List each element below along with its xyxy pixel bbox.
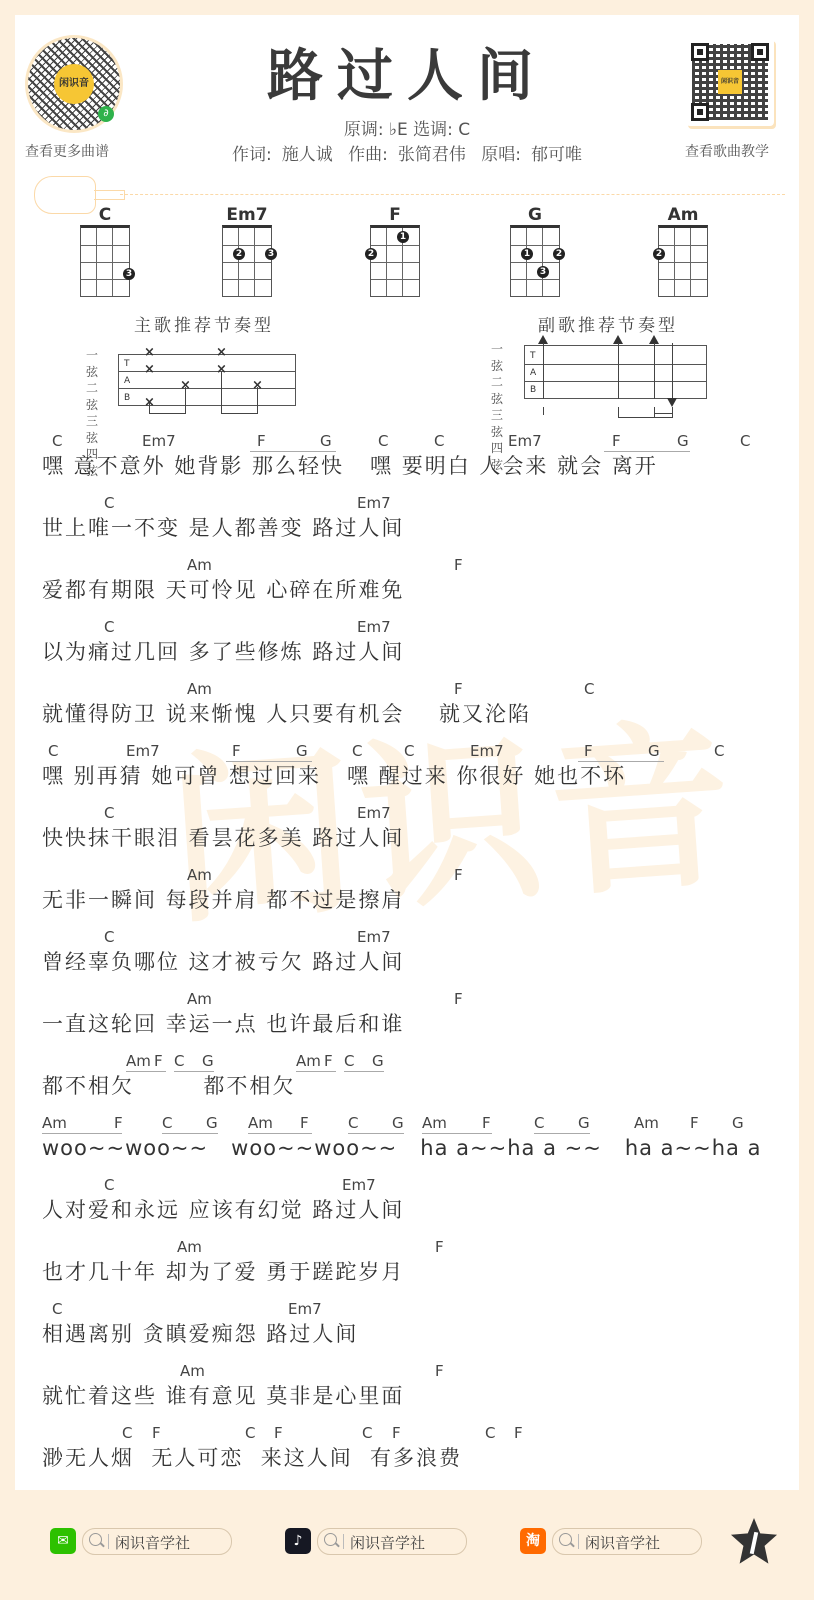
chord-label: Am [177,1238,202,1256]
chord-label: Em7 [142,432,176,450]
strum-down-arrow-icon [667,398,677,407]
chord-label: F [324,1052,333,1070]
lyric-line: AmF爱都有期限 天可怜见 心碎在所难免 [42,556,802,618]
lyric-text: 一直这轮回 幸运一点 也许最后和谁 [42,1010,802,1038]
chord-row: CEm7 [42,804,802,824]
chord-label: G [202,1052,214,1070]
chord-label: Am [187,556,212,574]
qr-logo: 闲识音 [718,70,742,94]
chord-label: G [392,1114,404,1132]
ukulele-neck-icon [94,190,125,200]
finger-dot: 1 [397,231,409,243]
lyric-text: 快快抹干眼泪 看昙花多美 路过人间 [42,824,802,852]
chord-label: C [404,742,414,760]
strum-line [654,343,655,399]
lyric-line: AmF无非一瞬间 每段并肩 都不过是擦肩 [42,866,802,928]
chord-label: C [714,742,724,760]
chord-label: G [320,432,332,450]
chord-label: Em7 [357,928,391,946]
lyric-text: woo~~woo~~ woo~~woo~~ ha a~~ha a ~~ ha a… [42,1134,802,1162]
chord-label: C [174,1052,184,1070]
beam-stem [672,407,673,417]
chord-label: Em7 [357,494,391,512]
chord-label: G [296,742,308,760]
beam-stem [654,407,655,417]
search-pill[interactable]: 闲识音学社 [552,1528,702,1555]
chord-row: AmF [42,556,802,576]
chord-label: G [732,1114,744,1132]
lyric-line: CEm7FGCCEm7FGC嘿 别再猜 她可曾 想过回来 嘿 醒过来 你很好 她… [42,742,802,804]
lyric-text: 无非一瞬间 每段并肩 都不过是擦肩 [42,886,802,914]
chord-label: F [454,556,463,574]
chord-group-underline [578,761,664,762]
strum-line [672,343,673,399]
chord-label: C [362,1424,372,1442]
lyric-text: 嘿 意不意外 她背影 那么轻快 嘿 要明白 人会来 就会 离开 [42,452,802,480]
tab-letter: B [124,393,130,403]
chord-label: F [274,1424,283,1442]
beam-stem [149,403,150,413]
lyric-text: 都不相欠 都不相欠 [42,1072,802,1100]
string-label: 二弦 [491,374,503,407]
beam-stem [257,387,258,413]
finger-dot: 3 [265,248,277,260]
chord-label: C [104,928,114,946]
chord-label: Am [634,1114,659,1132]
chord-label: Am [187,990,212,1008]
search-pill[interactable]: 闲识音学社 [82,1528,232,1555]
lyric-line: CEm7快快抹干眼泪 看昙花多美 路过人间 [42,804,802,866]
lyric-line: CEm7人对爱和永远 应该有幻觉 路过人间 [42,1176,802,1238]
chord-label: C [122,1424,132,1442]
beam [618,417,673,418]
chord-group-underline [226,761,312,762]
chord-group-underline [296,1071,336,1072]
chord-label: C [352,742,362,760]
chord-label: G [648,742,660,760]
search-text: 闲识音学社 [585,1532,660,1553]
chord-label: Am [180,1362,205,1380]
chord-diagram-f: F 1 2 [370,205,420,297]
pluck-mark: × [144,363,155,376]
chord-label: C [52,1300,62,1318]
fretboard: 2 3 [222,225,272,297]
lyric-text: 爱都有期限 天可怜见 心碎在所难免 [42,576,802,604]
chord-label: C [48,742,58,760]
chord-row: CEm7FGCCEm7FGC [42,742,802,762]
tab-letter: T [124,359,130,369]
chord-row: AmFCGAmFCGAmFCGAmFG [42,1114,802,1134]
singer-label: 原唱: [481,145,521,165]
tab-staff: T A B [524,345,707,399]
chord-label: C [378,432,388,450]
lyric-text: 人对爱和永远 应该有幻觉 路过人间 [42,1196,802,1224]
chord-label: C [584,680,594,698]
chord-label: Em7 [288,1300,322,1318]
chord-group-underline [604,451,690,452]
chord-row: CEm7FGCCEm7FGC [42,432,802,452]
separator [108,1534,109,1549]
chord-row: CEm7 [42,1176,802,1196]
divider [120,194,785,195]
finger-dot: 1 [521,248,533,260]
string-label: 一弦 [86,347,98,380]
chord-label: G [677,432,689,450]
chord-label: F [257,432,266,450]
search-text: 闲识音学社 [115,1532,190,1553]
brand-star-icon [730,1518,778,1566]
chord-label: C [104,804,114,822]
chord-row: AmF [42,1238,802,1258]
douyin-icon: ♪ [285,1528,311,1554]
chord-diagram-c: C 3 [80,205,130,297]
string-label: 二弦 [86,380,98,413]
fretboard: 1 2 [370,225,420,297]
strum-line [618,343,619,399]
lyric-line: AmFCGAmFCG都不相欠 都不相欠 [42,1052,802,1114]
chord-group-underline [250,451,336,452]
lyric-line: CEm7以为痛过几回 多了些修炼 路过人间 [42,618,802,680]
chord-label: Am [422,1114,447,1132]
fretboard: 3 [80,225,130,297]
chord-label: F [612,432,621,450]
chord-group-underline [126,1071,166,1072]
lyric-text: 渺无人烟 无人可恋 来这人间 有多浪费 [42,1444,802,1472]
finger-dot: 2 [365,248,377,260]
chord-label: C [740,432,750,450]
chord-label: Em7 [470,742,504,760]
chord-row: AmFC [42,680,802,700]
chord-label: Em7 [508,432,542,450]
chord-diagram-em7: Em7 2 3 [222,205,272,297]
chord-label: F [454,866,463,884]
beam [149,413,186,414]
chord-group-underline [162,1133,218,1134]
lyric-line: AmFC就懂得防卫 说来惭愧 人只要有机会 就又沦陷 [42,680,802,742]
chord-label: C [344,1052,354,1070]
lyric-line: AmFCGAmFCGAmFCGAmFGwoo~~woo~~ woo~~woo~~… [42,1114,802,1176]
chord-group-underline [348,1133,404,1134]
tab-letter: A [530,368,536,378]
chord-label: C [434,432,444,450]
qr-finder [751,43,769,61]
composer-label: 作曲: [348,145,388,165]
beam-stem [185,387,186,413]
verse-rhythm-title: 主歌推荐节奏型 [134,311,274,336]
lyric-text: 就懂得防卫 说来惭愧 人只要有机会 就又沦陷 [42,700,802,728]
chord-label: C [52,432,62,450]
pluck-mark: × [216,346,227,359]
lyricist-label: 作词: [232,145,272,165]
chord-row: CEm7 [42,928,802,948]
beam-stem [543,407,544,415]
chord-name: G [510,205,560,225]
chord-label: F [690,1114,699,1132]
beam [221,413,258,414]
chord-label: C [162,1114,172,1132]
search-text: 闲识音学社 [350,1532,425,1553]
chord-row: AmF [42,990,802,1010]
lesson-qr-code[interactable]: 闲识音 [686,38,774,126]
chord-row: AmF [42,866,802,886]
finger-dot: 2 [553,248,565,260]
chord-label: C [104,494,114,512]
chord-name: C [80,205,130,225]
chord-label: C [348,1114,358,1132]
chord-group-underline [248,1133,312,1134]
chord-label: F [584,742,593,760]
tab-letter: T [530,351,536,361]
chord-group-underline [42,1133,122,1134]
lyric-line: AmF也才几十年 却为了爱 勇于蹉跎岁月 [42,1238,802,1300]
lyric-line: CEm7世上唯一不变 是人都善变 路过人间 [42,494,802,556]
fretboard: 2 [658,225,708,297]
chord-label: Em7 [357,618,391,636]
taobao-icon: 淘 [520,1528,546,1554]
lyric-line: AmF一直这轮回 幸运一点 也许最后和谁 [42,990,802,1052]
chord-label: G [578,1114,590,1132]
lyric-line: CEm7FGCCEm7FGC嘿 意不意外 她背影 那么轻快 嘿 要明白 人会来 … [42,432,802,494]
lyric-text: 以为痛过几回 多了些修炼 路过人间 [42,638,802,666]
lyric-line: CEm7相遇离别 贪瞋爱痴怨 路过人间 [42,1300,802,1362]
lyric-line: CEm7曾经辜负哪位 这才被亏欠 路过人间 [42,928,802,990]
chord-name: Em7 [222,205,272,225]
strum-line [543,343,544,399]
chord-label: C [485,1424,495,1442]
chord-label: Em7 [342,1176,376,1194]
pluck-mark: × [144,346,155,359]
chord-row: CFCFCFCF [42,1424,802,1444]
finger-dot: 2 [653,248,665,260]
star-slash [750,1532,758,1554]
chord-label: G [206,1114,218,1132]
chord-label: F [300,1114,309,1132]
separator [578,1534,579,1549]
chord-group-underline [344,1071,384,1072]
chord-label: C [104,1176,114,1194]
fretboard: 1 2 3 [510,225,560,297]
chord-label: G [372,1052,384,1070]
chord-row: CEm7 [42,618,802,638]
chord-group-underline [534,1133,590,1134]
chord-row: CEm7 [42,494,802,514]
search-icon [559,1533,572,1546]
qr-finder [691,103,709,121]
search-pill[interactable]: 闲识音学社 [317,1528,467,1555]
chord-label: F [454,680,463,698]
chord-label: F [482,1114,491,1132]
finger-dot: 3 [123,268,135,280]
lyric-text: 就忙着这些 谁有意见 莫非是心里面 [42,1382,802,1410]
lyric-line: CFCFCFCF渺无人烟 无人可恋 来这人间 有多浪费 [42,1424,802,1486]
chord-label: Am [187,866,212,884]
chord-label: C [245,1424,255,1442]
chord-label: F [435,1362,444,1380]
chord-label: Am [126,1052,151,1070]
beam-stem [221,371,222,413]
chord-label: Am [187,680,212,698]
chord-group-underline [174,1071,214,1072]
chord-group-underline [422,1133,492,1134]
string-label: 一弦 [491,341,503,374]
beam-stem [618,407,619,417]
qr-finder [691,43,709,61]
finger-dot: 2 [233,248,245,260]
lyric-text: 也才几十年 却为了爱 勇于蹉跎岁月 [42,1258,802,1286]
finger-dot: 3 [537,266,549,278]
search-icon [324,1533,337,1546]
chord-label: C [534,1114,544,1132]
chord-label: C [104,618,114,636]
lyrics-section: CEm7FGCCEm7FGC嘿 意不意外 她背影 那么轻快 嘿 要明白 人会来 … [42,432,802,1486]
wechat-icon: ✉ [50,1528,76,1554]
chord-label: F [154,1052,163,1070]
chord-label: F [454,990,463,1008]
lyric-text: 世上唯一不变 是人都善变 路过人间 [42,514,802,542]
chord-label: Am [296,1052,321,1070]
tab-letter: A [124,376,130,386]
chord-label: F [435,1238,444,1256]
separator [343,1534,344,1549]
chord-diagram-am: Am 2 [658,205,708,297]
lyric-line: AmF就忙着这些 谁有意见 莫非是心里面 [42,1362,802,1424]
lyricist: 施人诚 [282,145,333,165]
lyric-text: 嘿 别再猜 她可曾 想过回来 嘿 醒过来 你很好 她也不坏 [42,762,802,790]
chord-row: AmF [42,1362,802,1382]
chorus-rhythm-title: 副歌推荐节奏型 [538,311,678,336]
chord-label: Em7 [126,742,160,760]
chord-label: Am [42,1114,67,1132]
search-icon [89,1533,102,1546]
chord-label: F [232,742,241,760]
tab-letter: B [530,385,536,395]
chord-name: F [370,205,420,225]
chord-row: CEm7 [42,1300,802,1320]
chord-diagram-g: G 1 2 3 [510,205,560,297]
chord-label: Em7 [357,804,391,822]
singer: 郁可唯 [531,145,582,165]
beam [654,413,673,414]
chord-label: F [392,1424,401,1442]
lyric-text: 相遇离别 贪瞋爱痴怨 路过人间 [42,1320,802,1348]
chord-label: Am [248,1114,273,1132]
composer: 张简君伟 [398,145,466,165]
lyric-text: 曾经辜负哪位 这才被亏欠 路过人间 [42,948,802,976]
lesson-caption: 查看歌曲教学 [685,141,769,161]
chord-label: F [514,1424,523,1442]
chord-label: F [152,1424,161,1442]
chord-name: Am [658,205,708,225]
chord-label: F [114,1114,123,1132]
chord-row: AmFCGAmFCG [42,1052,802,1072]
